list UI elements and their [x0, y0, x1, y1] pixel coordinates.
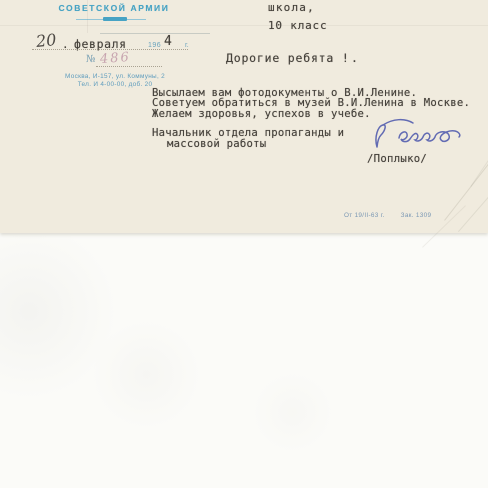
body-line-3: Желаем здоровья, успехов в учебе. — [152, 108, 371, 120]
paper-crease — [458, 177, 488, 232]
number-sign-label: № — [86, 54, 95, 65]
letterhead-divider-bar — [103, 17, 127, 21]
letter-paper: СОВЕТСКОЙ АРМИИ 20 . февраля 196 4 г. № … — [0, 0, 488, 233]
printed-year-suffix: г. — [185, 42, 189, 49]
imprint-date-ref: От 19/II-63 г. — [344, 212, 385, 219]
recipient-line-school: школа, — [268, 1, 315, 14]
date-top-rule — [100, 33, 210, 34]
closing-title-line2: массовой работы — [167, 138, 266, 150]
printed-year-prefix: 196 — [148, 42, 161, 49]
print-imprint: От 19/II-63 г.Зак. 1309 — [344, 212, 431, 219]
handwritten-date-day: 20 — [35, 30, 57, 51]
letterhead-address-line1: Москва, И-157, ул. Коммуны, 2 — [40, 73, 190, 80]
handwritten-number-value: 486 — [100, 50, 132, 67]
number-underline — [96, 66, 162, 67]
typed-signature-name: /Поплыко/ — [367, 153, 427, 165]
handwritten-signature-ink — [368, 116, 474, 156]
letterhead-org-name: СОВЕТСКОЙ АРМИИ — [56, 3, 172, 13]
typed-year-digit: 4 — [164, 34, 172, 49]
imprint-order-ref: Зак. 1309 — [401, 212, 432, 219]
date-underline — [32, 49, 188, 50]
paper-crease — [444, 152, 488, 220]
fold-crease-horizontal — [0, 25, 488, 26]
salutation-text: Дорогие ребята ! — [226, 51, 350, 65]
recipient-line-class: 10 класс — [268, 19, 327, 32]
stray-ink-dot: . — [351, 51, 358, 65]
scanned-letter: СОВЕТСКОЙ АРМИИ 20 . февраля 196 4 г. № … — [0, 0, 488, 488]
